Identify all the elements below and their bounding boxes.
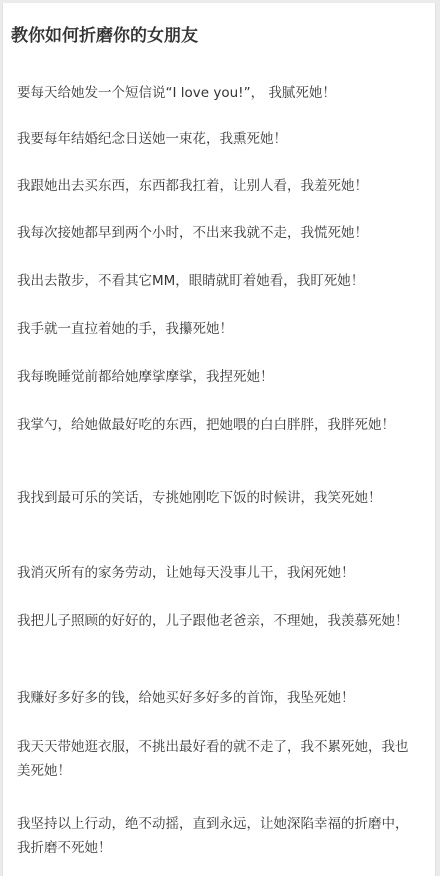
article-card: 教你如何折磨你的女朋友 要每天给她发一个短信说“I love you!”， 我腻… <box>2 3 436 876</box>
paragraph: 我赚好多好多的钱，给她买好多好多的首饰，我坠死她！ <box>17 686 421 710</box>
paragraph: 我把儿子照顾的好好的，儿子跟他老爸亲，不理她，我羡慕死她！ <box>17 609 421 633</box>
paragraph: 我找到最可乐的笑话，专挑她刚吃下饭的时候讲，我笑死她！ <box>17 486 421 510</box>
paragraph: 我坚持以上行动，绝不动摇，直到永远，让她深陷幸福的折磨中，我折磨不死她！ <box>17 812 421 860</box>
paragraph: 我要每年结婚纪念日送她一束花，我熏死她！ <box>17 127 421 151</box>
paragraph: 我出去散步，不看其它MM，眼睛就盯着她看，我盯死她！ <box>17 269 421 293</box>
paragraph: 我跟她出去买东西，东西都我扛着，让别人看，我羞死她！ <box>17 174 421 198</box>
paragraph: 要每天给她发一个短信说“I love you!”， 我腻死她！ <box>17 81 421 105</box>
paragraph: 我每晚睡觉前都给她摩挲摩挲，我捏死她！ <box>17 365 421 389</box>
paragraph: 我消灭所有的家务劳动，让她每天没事儿干，我闲死她！ <box>17 561 421 585</box>
paragraph: 我每次接她都早到两个小时，不出来我就不走，我慌死她！ <box>17 221 421 245</box>
paragraph: 我手就一直拉着她的手，我攥死她！ <box>17 317 421 341</box>
paragraph: 我掌勺，给她做最好吃的东西，把她喂的白白胖胖，我胖死她！ <box>17 413 421 437</box>
article-title: 教你如何折磨你的女朋友 <box>11 21 198 46</box>
paragraph: 我天天带她逛衣服，不挑出最好看的就不走了，我不累死她，我也美死她！ <box>17 735 421 783</box>
